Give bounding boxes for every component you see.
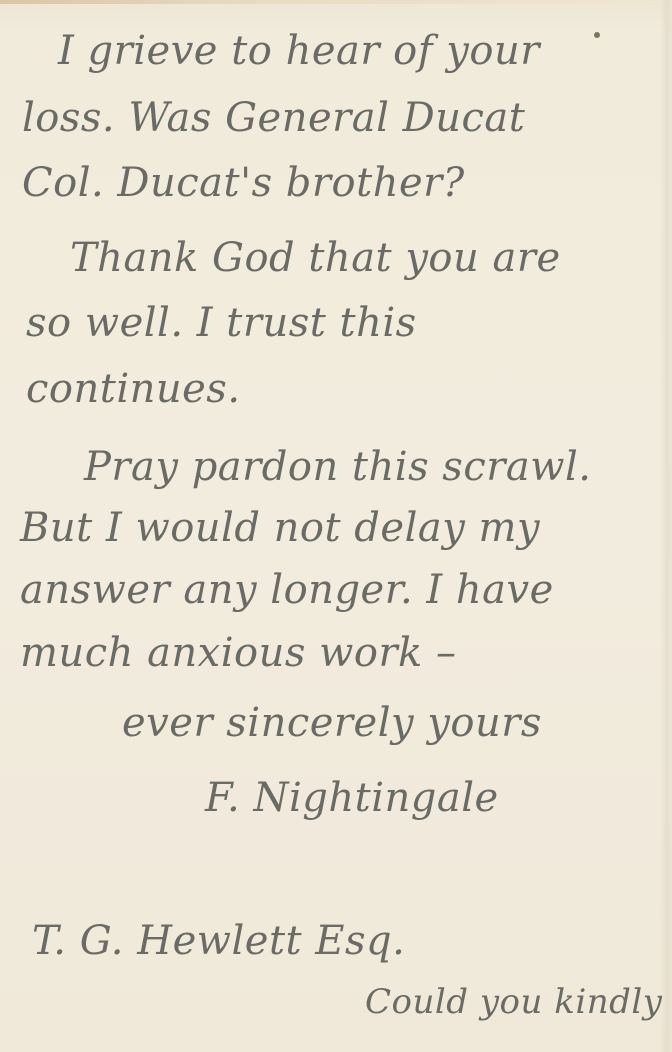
letter-line-7: Pray pardon this scrawl. (84, 444, 591, 490)
paper-top-edge (0, 0, 672, 4)
letter-page: I grieve to hear of your loss. Was Gener… (0, 0, 672, 1052)
letter-addressee: T. G. Hewlett Esq. (32, 918, 405, 964)
letter-line-8: But I would not delay my (20, 505, 540, 551)
letter-line-10: much anxious work – (20, 630, 457, 676)
paper-right-edge (660, 0, 672, 1052)
letter-line-3: Col. Ducat's brother? (22, 160, 465, 206)
letter-signature: F. Nightingale (205, 775, 499, 821)
letter-closing: ever sincerely yours (122, 700, 542, 746)
ink-spot (594, 32, 600, 38)
letter-line-6: continues. (26, 366, 241, 412)
letter-line-1: I grieve to hear of your (58, 28, 540, 74)
letter-line-9: answer any longer. I have (20, 567, 554, 613)
letter-line-5: so well. I trust this (26, 300, 417, 346)
letter-line-4: Thank God that you are (70, 235, 561, 281)
letter-continuation: Could you kindly (365, 982, 662, 1022)
letter-line-2: loss. Was General Ducat (22, 95, 525, 141)
